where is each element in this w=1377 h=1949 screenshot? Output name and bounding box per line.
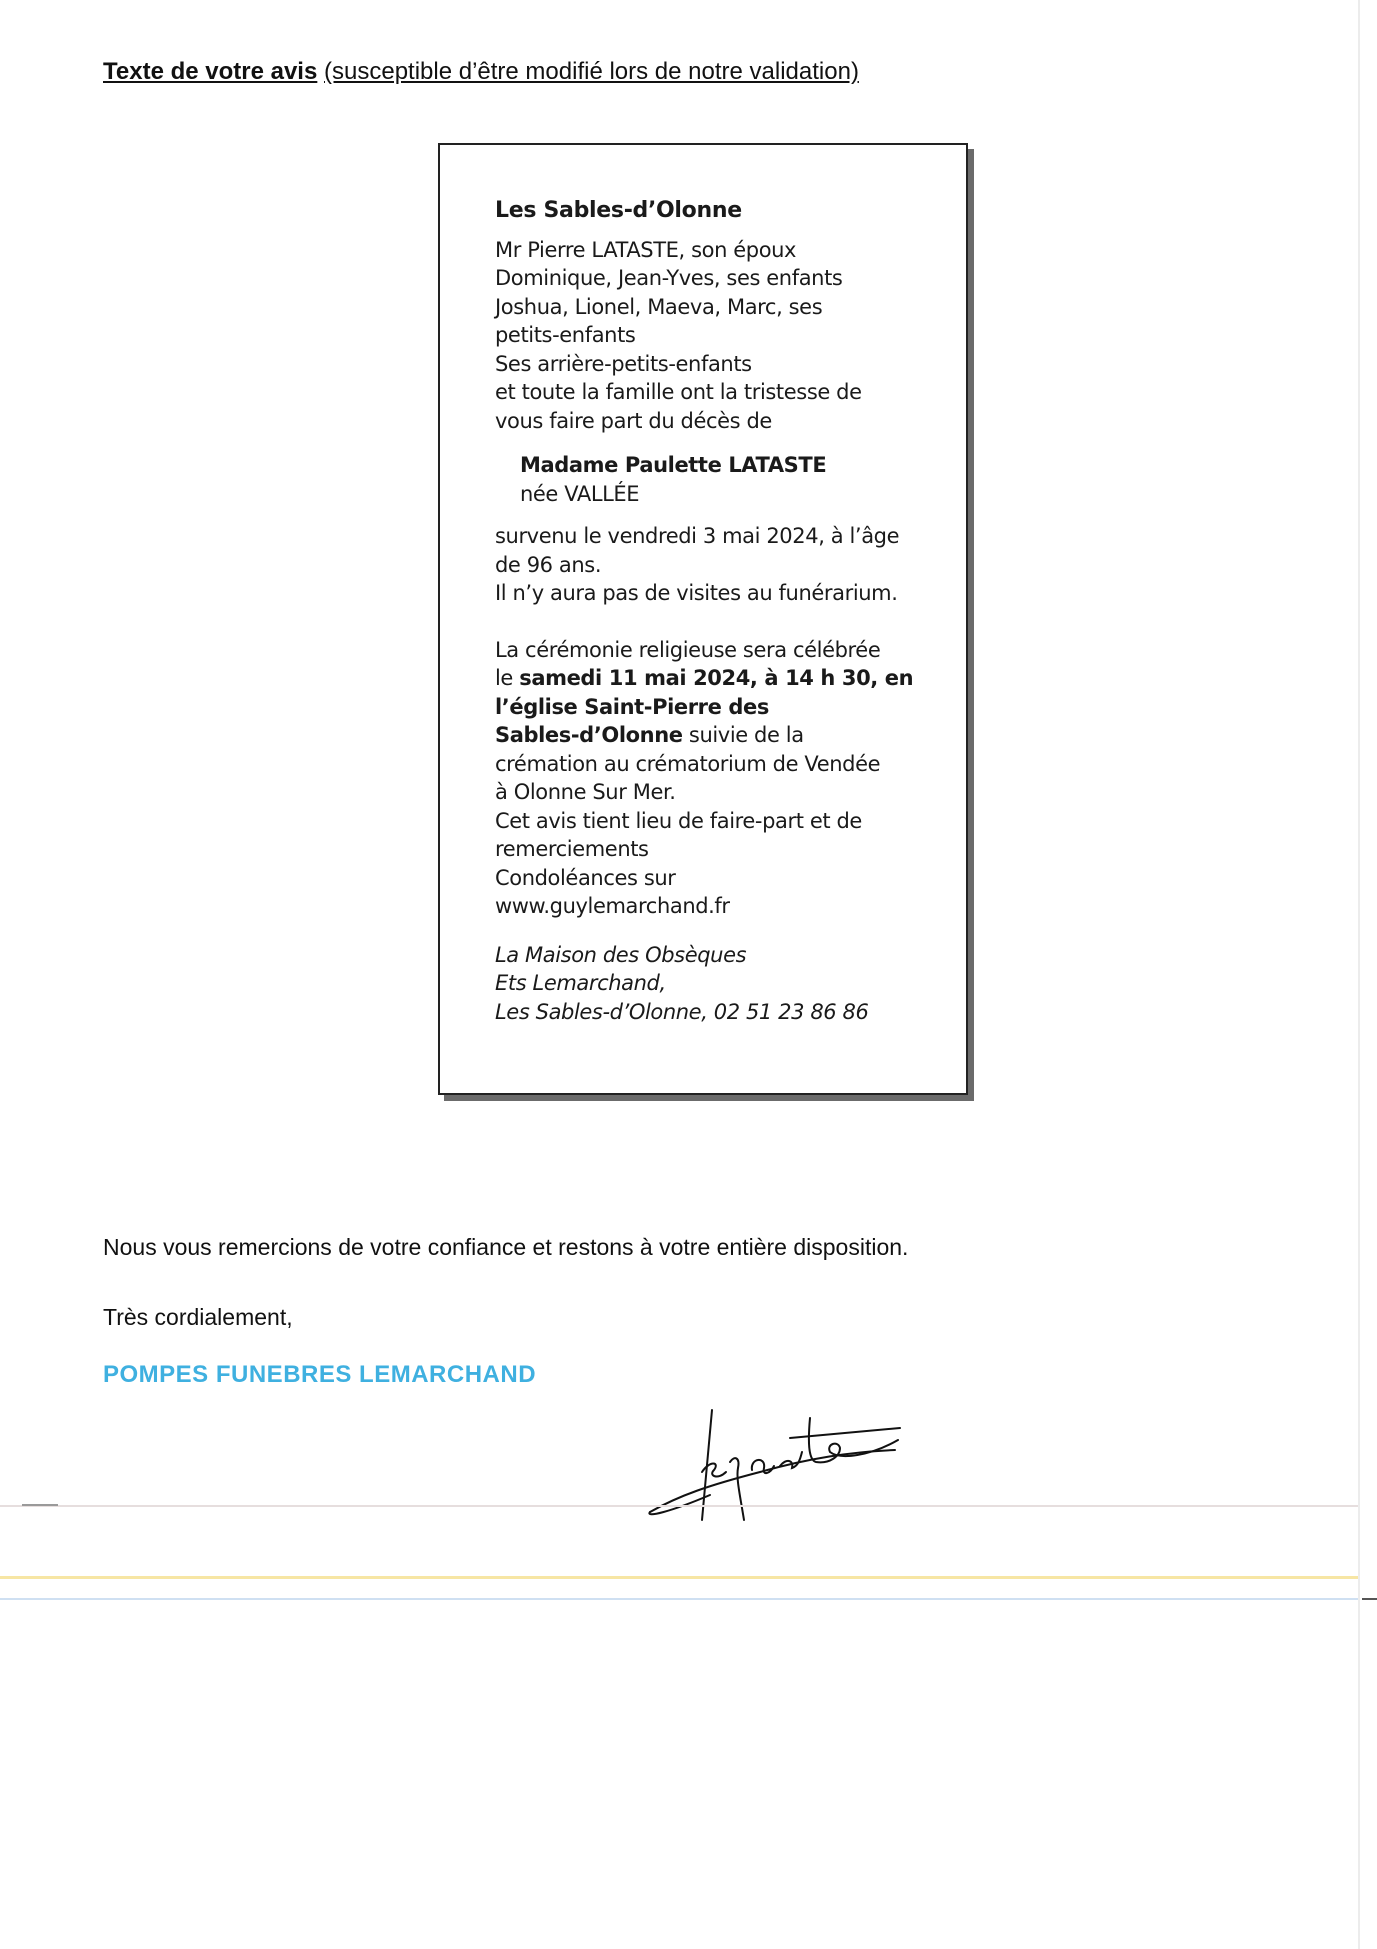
family-line: Dominique, Jean-Yves, ses enfants bbox=[495, 264, 935, 293]
divider-tick bbox=[22, 1504, 58, 1506]
death-line: de 96 ans. bbox=[495, 551, 935, 580]
ceremony-le: le bbox=[495, 666, 519, 690]
funeral-home-line: Les Sables-d’Olonne, 02 51 23 86 86 bbox=[495, 998, 935, 1027]
funeral-home-block: La Maison des Obsèques Ets Lemarchand, L… bbox=[495, 941, 935, 1027]
ceremony-line: Condoléances sur bbox=[495, 864, 935, 893]
page-edge-line bbox=[1358, 0, 1360, 1949]
family-block: Mr Pierre LATASTE, son époux Dominique, … bbox=[495, 236, 935, 436]
obituary-notice-box: Les Sables-d’Olonne Mr Pierre LATASTE, s… bbox=[438, 143, 968, 1095]
section-header: Texte de votre avis (susceptible d’être … bbox=[103, 58, 859, 86]
family-line: Ses arrière-petits-enfants bbox=[495, 350, 935, 379]
divider-yellow bbox=[0, 1576, 1360, 1579]
ceremony-place: l’église Saint-Pierre des bbox=[495, 693, 935, 722]
ceremony-after: suivie de la bbox=[683, 723, 804, 747]
ceremony-line: remerciements bbox=[495, 835, 935, 864]
funeral-home-line: Ets Lemarchand, bbox=[495, 969, 935, 998]
ceremony-line: crémation au crématorium de Vendée bbox=[495, 750, 935, 779]
ceremony-line: à Olonne Sur Mer. bbox=[495, 778, 935, 807]
divider-blue bbox=[0, 1598, 1360, 1600]
ceremony-block: La cérémonie religieuse sera célébrée le… bbox=[495, 636, 935, 921]
family-line: Joshua, Lionel, Maeva, Marc, ses bbox=[495, 293, 935, 322]
condolences-url[interactable]: www.guylemarchand.fr bbox=[495, 892, 935, 921]
regards-text: Très cordialement, bbox=[103, 1304, 293, 1331]
death-block: survenu le vendredi 3 mai 2024, à l’âge … bbox=[495, 522, 935, 608]
deceased-block: Madame Paulette LATASTE née VALLÉE bbox=[520, 451, 935, 508]
family-line: petits-enfants bbox=[495, 321, 935, 350]
obituary-text: Les Sables-d’Olonne Mr Pierre LATASTE, s… bbox=[495, 197, 935, 1026]
edge-tick bbox=[1362, 1598, 1377, 1600]
thanks-text: Nous vous remercions de votre confiance … bbox=[103, 1234, 908, 1261]
family-line: vous faire part du décès de bbox=[495, 407, 935, 436]
divider-gray bbox=[0, 1505, 1360, 1507]
handwritten-signature bbox=[640, 1400, 920, 1530]
ceremony-line: Cet avis tient lieu de faire-part et de bbox=[495, 807, 935, 836]
header-title: Texte de votre avis bbox=[103, 58, 317, 85]
funeral-home-line: La Maison des Obsèques bbox=[495, 941, 935, 970]
maiden-name: née VALLÉE bbox=[520, 480, 935, 509]
company-name: POMPES FUNEBRES LEMARCHAND bbox=[103, 1361, 536, 1389]
ceremony-place-line: Sables-d’Olonne suivie de la bbox=[495, 721, 935, 750]
death-line: Il n’y aura pas de visites au funérarium… bbox=[495, 579, 935, 608]
family-line: et toute la famille ont la tristesse de bbox=[495, 378, 935, 407]
ceremony-town: Sables-d’Olonne bbox=[495, 723, 683, 747]
notice-city: Les Sables-d’Olonne bbox=[495, 197, 935, 226]
ceremony-date: samedi 11 mai 2024, à 14 h 30, en bbox=[519, 666, 913, 690]
header-note: (susceptible d’être modifié lors de notr… bbox=[324, 58, 859, 85]
family-line: Mr Pierre LATASTE, son époux bbox=[495, 236, 935, 265]
ceremony-intro: La cérémonie religieuse sera célébrée bbox=[495, 636, 935, 665]
ceremony-date-line: le samedi 11 mai 2024, à 14 h 30, en bbox=[495, 664, 935, 693]
deceased-name: Madame Paulette LATASTE bbox=[520, 451, 935, 480]
death-line: survenu le vendredi 3 mai 2024, à l’âge bbox=[495, 522, 935, 551]
